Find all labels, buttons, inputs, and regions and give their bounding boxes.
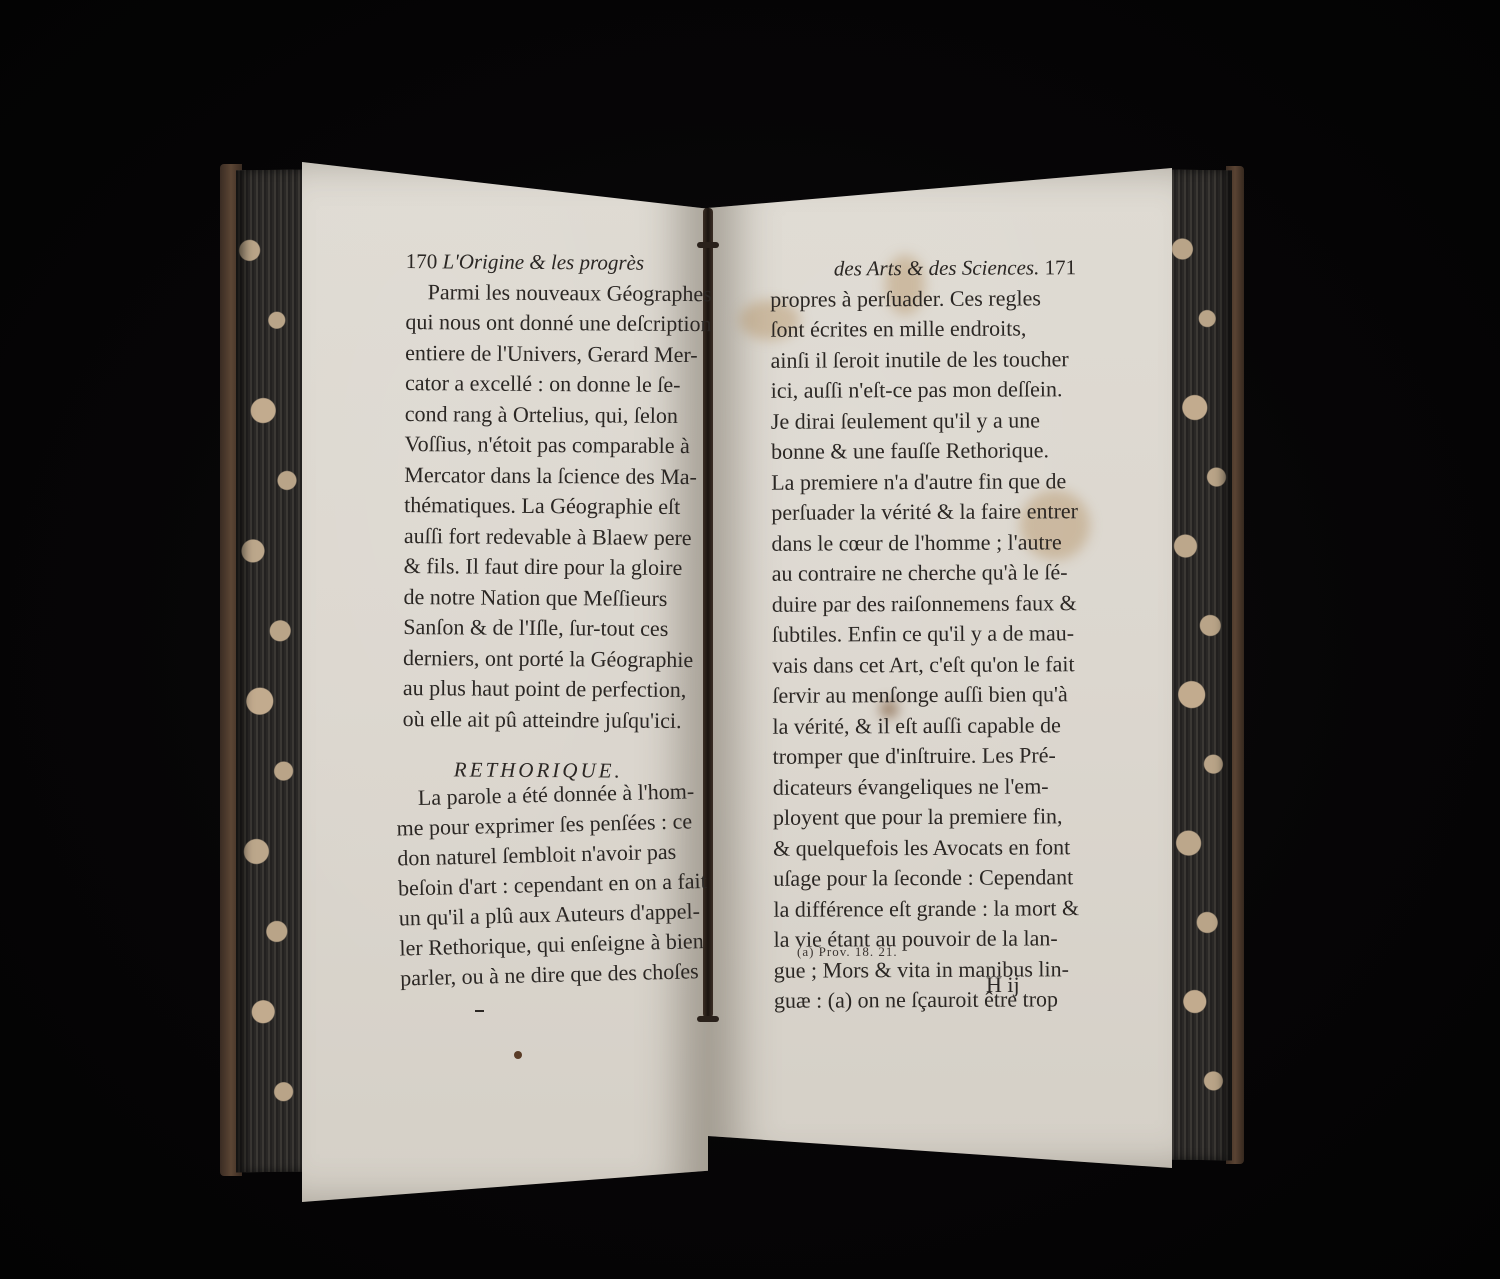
text-line: tromper que d'inſtruire. Les Pré- (773, 740, 1079, 772)
left-lower-text: La parole a été donnée à l'hom- me pour … (395, 776, 690, 993)
text-line: perſuader la vérité & la faire entrer (771, 496, 1077, 528)
text-line: & fils. Il faut dire pour la gloire (404, 551, 676, 583)
footnote: (a) Prov. 18. 21. (797, 944, 898, 960)
text-line: vais dans cet Art, c'eſt qu'on le fait (772, 649, 1078, 681)
text-line: ployent que pour la premiere fin, (773, 801, 1079, 833)
text-line: bonne & une fauſſe Rethorique. (771, 435, 1077, 467)
text-line: dans le cœur de l'homme ; l'autre (771, 527, 1077, 559)
sewing-knot-top (697, 242, 719, 248)
text-line: au plus haut point de perfection, (403, 673, 675, 705)
right-page-number: 171 (1045, 255, 1077, 279)
text-line: & quelquefois les Avocats en font (773, 832, 1079, 864)
text-line: Mercator dans la ſcience des Ma- (404, 460, 676, 492)
text-line: Voſſius, n'étoit pas comparable à (404, 429, 676, 461)
text-line: uſage pour la ſeconde : Cependant (773, 862, 1079, 894)
sewing-knot-bottom (697, 1016, 719, 1022)
text-line: qui nous ont donné une deſcription (405, 307, 677, 339)
text-line: La premiere n'a d'autre fin que de (771, 466, 1077, 498)
right-text-column: des Arts & des Sciences. 171 propres à p… (770, 252, 1080, 1016)
right-running-head: des Arts & des Sciences. 171 (770, 252, 1076, 284)
text-line: thématiques. La Géographie eſt (404, 490, 676, 522)
text-line: ici, auſſi n'eſt-ce pas mon deſſein. (771, 374, 1077, 406)
text-line: Parmi les nouveaux Géographes (406, 277, 678, 309)
left-text-column: 170 L'Origine & les progrès Parmi les no… (402, 246, 678, 806)
text-line: duire par des raiſonnemens faux & (772, 588, 1078, 620)
catchword-dash (475, 1010, 484, 1012)
book-photo: 170 L'Origine & les progrès Parmi les no… (0, 0, 1500, 1279)
text-line: ſont écrites en mille endroits, (770, 313, 1076, 345)
left-running-title: L'Origine & les progrès (443, 249, 645, 274)
text-line: de notre Nation que Meſſieurs (403, 582, 675, 614)
signature-mark: H ij (986, 972, 1020, 998)
left-running-head: 170 L'Origine & les progrès (406, 246, 678, 278)
text-line: entiere de l'Univers, Gerard Mer- (405, 338, 677, 370)
text-line: la vérité, & il eſt auſſi capable de (772, 710, 1078, 742)
text-line: cator a excellé : on donne le ſe- (405, 368, 677, 400)
text-line: propres à perſuader. Ces regles (770, 283, 1076, 315)
ink-spot (514, 1051, 522, 1059)
text-line: ainſi il ſeroit inutile de les toucher (770, 344, 1076, 376)
text-line: au contraire ne cherche qu'à le ſé- (772, 557, 1078, 589)
text-line: Sanſon & de l'Iſle, ſur-tout ces (403, 612, 675, 644)
text-line: où elle ait pû atteindre juſqu'ici. (403, 704, 675, 736)
left-page-block-edge (236, 170, 304, 1173)
right-running-title: des Arts & des Sciences. (834, 255, 1040, 280)
text-line: dicateurs évangeliques ne l'em- (773, 771, 1079, 803)
text-line: auſſi fort redevable à Blaew pere (404, 521, 676, 553)
text-line: ſervir au menſonge auſſi bien qu'à (772, 679, 1078, 711)
text-line: ſubtiles. Enfin ce qu'il y a de mau- (772, 618, 1078, 650)
text-line: Je dirai ſeulement qu'il y a une (771, 405, 1077, 437)
text-line: derniers, ont porté la Géographie (403, 643, 675, 675)
right-page-block-edge (1170, 170, 1232, 1161)
text-line: cond rang à Ortelius, qui, ſelon (405, 399, 677, 431)
text-line: la différence eſt grande : la mort & (773, 893, 1079, 925)
text-line: guæ : (a) on ne ſçauroit être trop (774, 984, 1080, 1016)
left-page-number: 170 (406, 249, 438, 273)
